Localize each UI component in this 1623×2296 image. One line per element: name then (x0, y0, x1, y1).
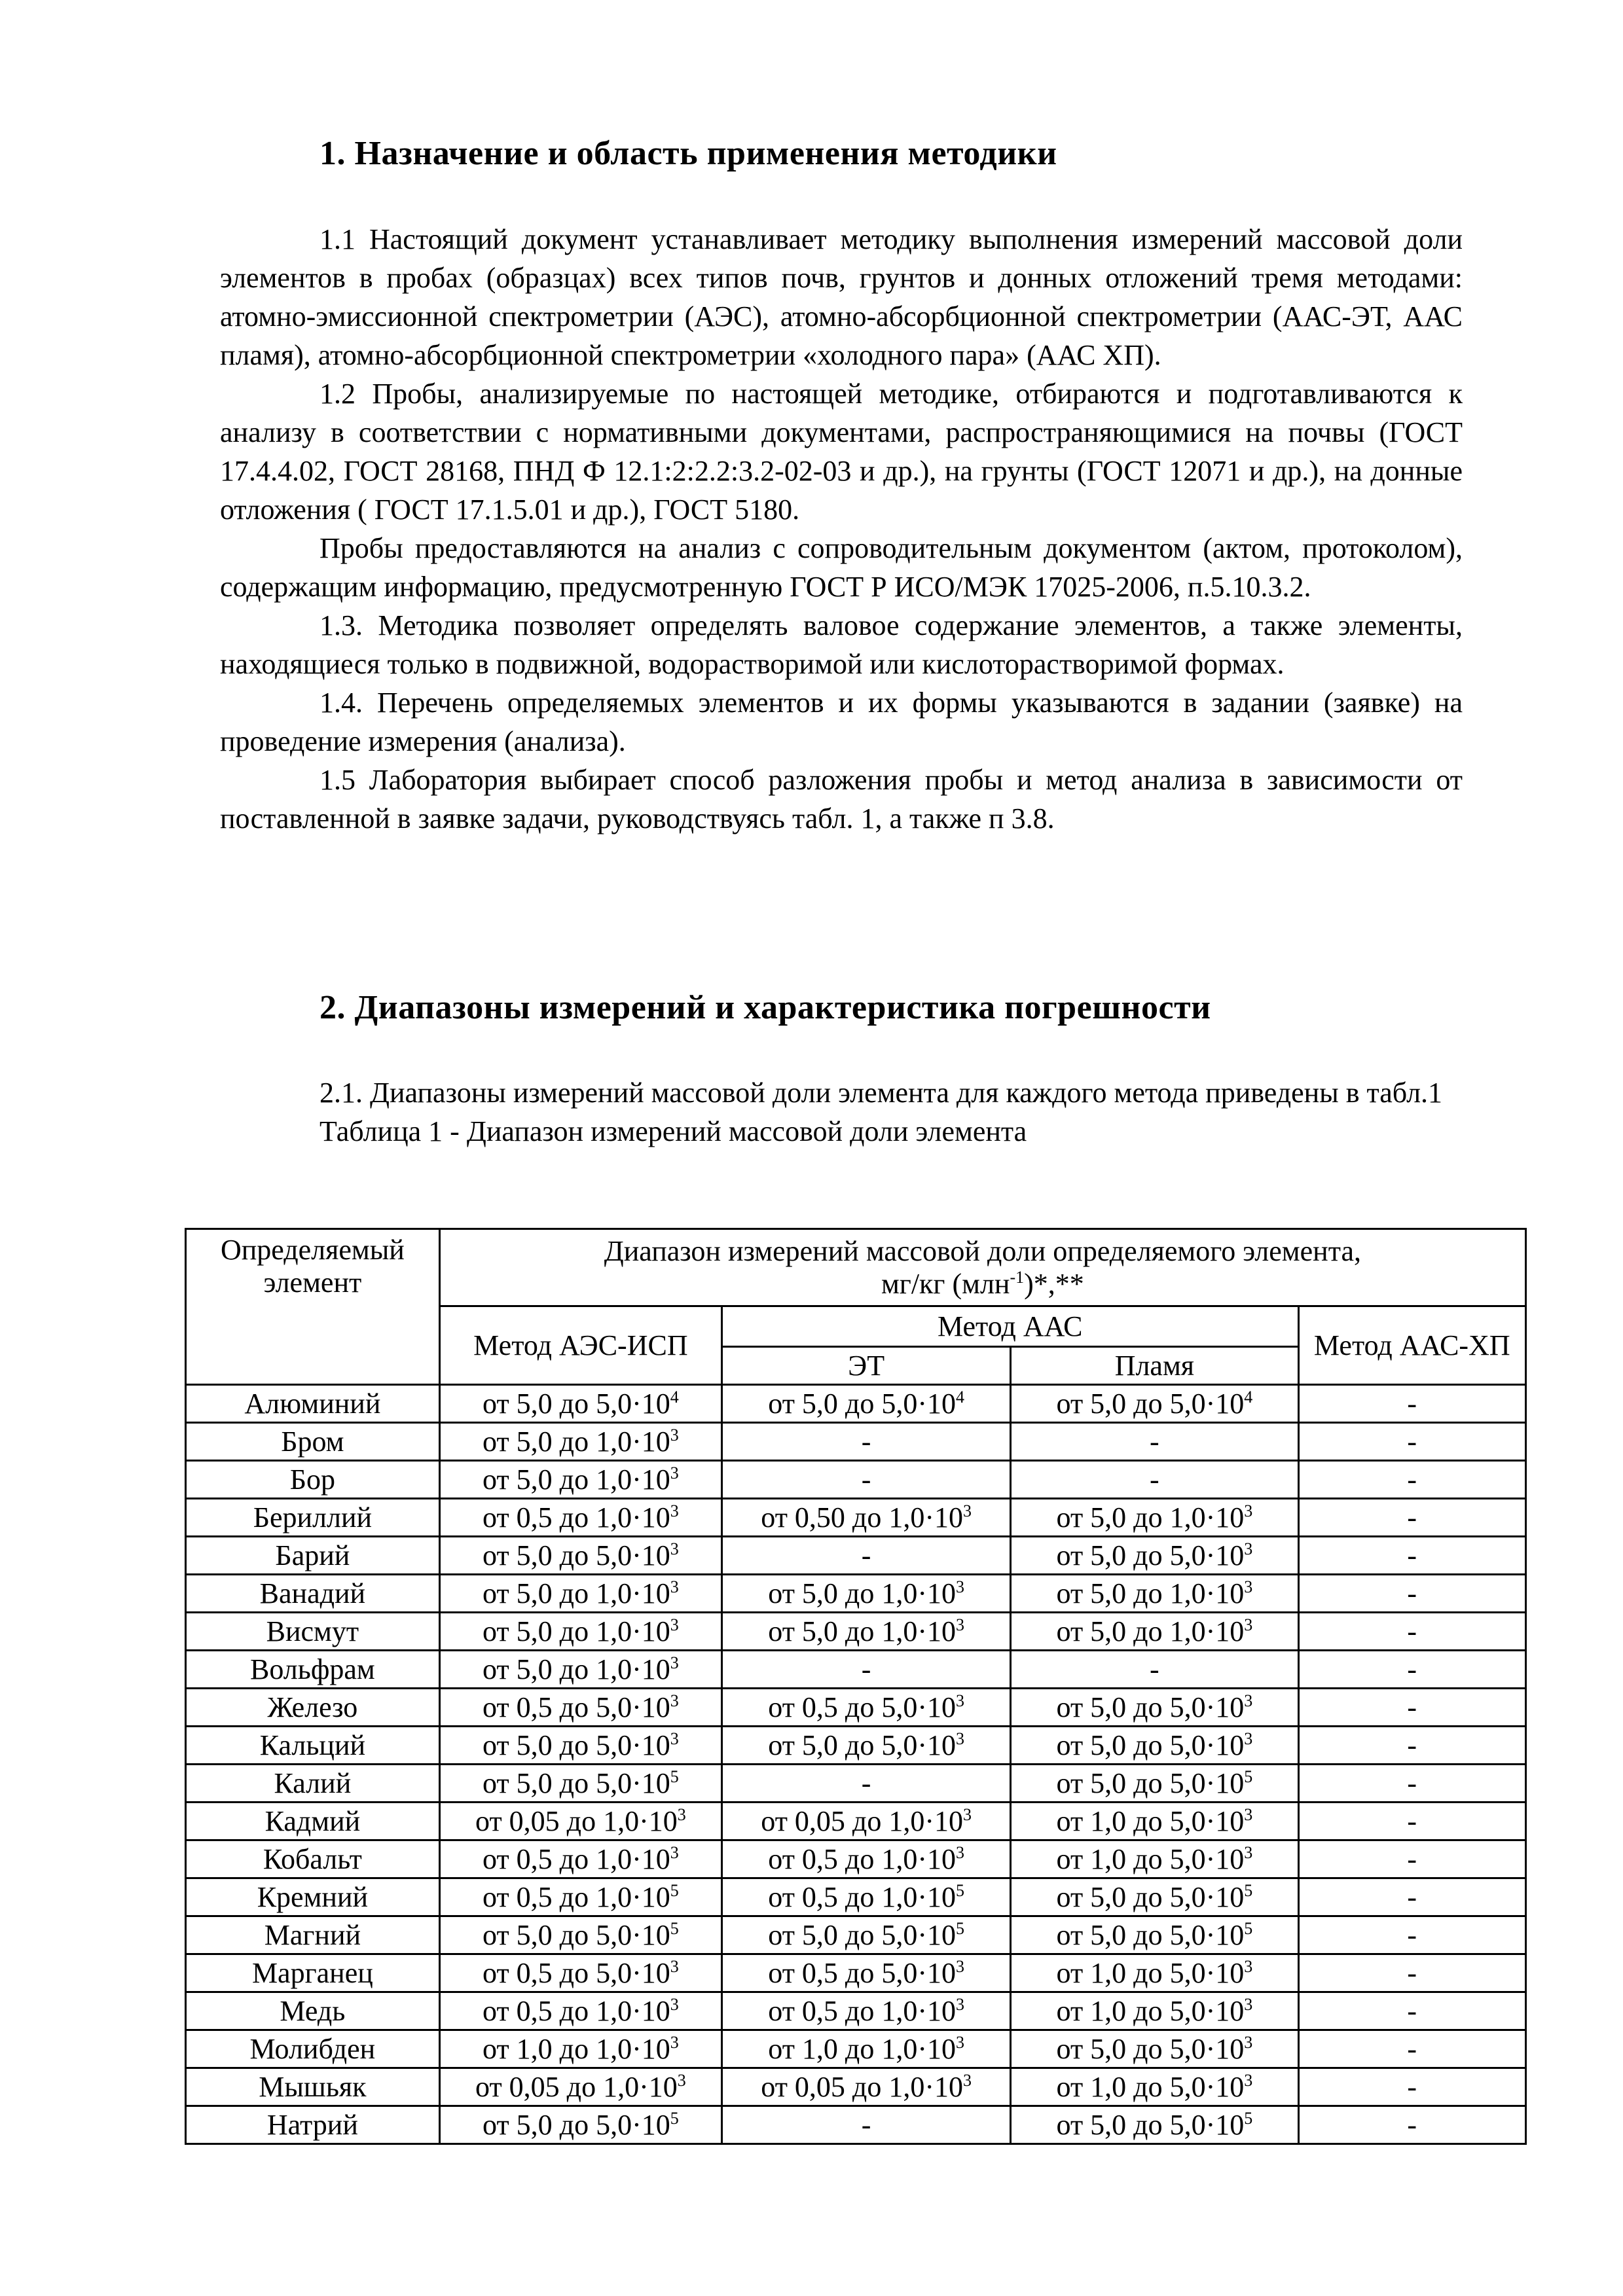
table-body: Алюминийот 5,0 до 5,0·104от 5,0 до 5,0·1… (186, 1385, 1526, 2144)
cell-element: Кобальт (186, 1840, 440, 1878)
cell-flame: от 5,0 до 5,0·105 (1011, 1916, 1298, 1954)
cell-element: Железо (186, 1689, 440, 1727)
cell-aes: от 0,5 до 5,0·103 (439, 1689, 721, 1727)
cell-flame: от 5,0 до 5,0·103 (1011, 1727, 1298, 1765)
table-row: Кадмийот 0,05 до 1,0·103от 0,05 до 1,0·1… (186, 1803, 1526, 1840)
cell-element: Кадмий (186, 1803, 440, 1840)
cell-et: - (722, 1651, 1011, 1689)
cell-flame: - (1011, 1423, 1298, 1461)
cell-et: от 0,5 до 1,0·103 (722, 1840, 1011, 1878)
cell-element: Медь (186, 1992, 440, 2030)
measurement-range-table: Определяемый элемент Диапазон измерений … (185, 1228, 1527, 2145)
table-row: Натрийот 5,0 до 5,0·105-от 5,0 до 5,0·10… (186, 2106, 1526, 2144)
cell-element: Марганец (186, 1954, 440, 1992)
header-range-title: Диапазон измерений массовой доли определ… (604, 1235, 1361, 1267)
cell-hp: - (1298, 1499, 1526, 1537)
cell-et: - (722, 1461, 1011, 1499)
cell-hp: - (1298, 2030, 1526, 2068)
cell-et: от 0,5 до 1,0·105 (722, 1878, 1011, 1916)
cell-et: - (722, 1765, 1011, 1803)
section-2-body: 2.1. Диапазоны измерений массовой доли э… (220, 1073, 1463, 1151)
table-row: Молибденот 1,0 до 1,0·103от 1,0 до 1,0·1… (186, 2030, 1526, 2068)
table-caption: Таблица 1 - Диапазон измерений массовой … (220, 1112, 1463, 1151)
cell-et: от 5,0 до 1,0·103 (722, 1613, 1011, 1651)
cell-hp: - (1298, 1651, 1526, 1689)
cell-et: от 0,5 до 5,0·103 (722, 1689, 1011, 1727)
paragraph-samples: Пробы предоставляются на анализ с сопров… (220, 529, 1463, 606)
cell-et: от 0,5 до 5,0·103 (722, 1954, 1011, 1992)
cell-element: Кальций (186, 1727, 440, 1765)
cell-aes: от 5,0 до 5,0·104 (439, 1385, 721, 1423)
table-row: Ванадийот 5,0 до 1,0·103от 5,0 до 1,0·10… (186, 1575, 1526, 1613)
cell-et: - (722, 1423, 1011, 1461)
cell-aes: от 5,0 до 5,0·105 (439, 2106, 721, 2144)
header-range: Диапазон измерений массовой доли определ… (439, 1229, 1525, 1306)
cell-hp: - (1298, 1689, 1526, 1727)
table-row: Бериллийот 0,5 до 1,0·103от 0,50 до 1,0·… (186, 1499, 1526, 1537)
cell-flame: от 5,0 до 1,0·103 (1011, 1575, 1298, 1613)
table-row: Вольфрамот 5,0 до 1,0·103--- (186, 1651, 1526, 1689)
cell-et: - (722, 1537, 1011, 1575)
cell-aes: от 0,5 до 1,0·105 (439, 1878, 721, 1916)
cell-hp: - (1298, 2106, 1526, 2144)
cell-hp: - (1298, 1537, 1526, 1575)
cell-aes: от 5,0 до 1,0·103 (439, 1651, 721, 1689)
cell-aes: от 5,0 до 5,0·105 (439, 1916, 721, 1954)
cell-flame: от 5,0 до 5,0·103 (1011, 1537, 1298, 1575)
table-row: Алюминийот 5,0 до 5,0·104от 5,0 до 5,0·1… (186, 1385, 1526, 1423)
section-1-body: 1.1 Настоящий документ устанавливает мет… (220, 220, 1463, 838)
cell-aes: от 5,0 до 1,0·103 (439, 1613, 721, 1651)
cell-flame: от 5,0 до 1,0·103 (1011, 1613, 1298, 1651)
table-row: Калийот 5,0 до 5,0·105-от 5,0 до 5,0·105… (186, 1765, 1526, 1803)
cell-aes: от 1,0 до 1,0·103 (439, 2030, 721, 2068)
cell-hp: - (1298, 1878, 1526, 1916)
cell-aes: от 0,05 до 1,0·103 (439, 1803, 721, 1840)
table-row: Марганецот 0,5 до 5,0·103от 0,5 до 5,0·1… (186, 1954, 1526, 1992)
cell-flame: от 5,0 до 5,0·105 (1011, 2106, 1298, 2144)
paragraph-1-4: 1.4. Перечень определяемых элементов и и… (220, 683, 1463, 761)
cell-et: от 0,05 до 1,0·103 (722, 2068, 1011, 2106)
paragraph-2-1: 2.1. Диапазоны измерений массовой доли э… (220, 1073, 1463, 1112)
cell-flame: от 5,0 до 5,0·103 (1011, 1689, 1298, 1727)
cell-hp: - (1298, 1840, 1526, 1878)
table-row: Бромот 5,0 до 1,0·103--- (186, 1423, 1526, 1461)
section-1-heading: 1. Назначение и область применения метод… (319, 134, 1057, 173)
table-row: Медьот 0,5 до 1,0·103от 0,5 до 1,0·103от… (186, 1992, 1526, 2030)
cell-aes: от 5,0 до 5,0·105 (439, 1765, 721, 1803)
cell-flame: от 1,0 до 5,0·103 (1011, 1803, 1298, 1840)
document-page: 1. Назначение и область применения метод… (0, 0, 1623, 2296)
cell-element: Молибден (186, 2030, 440, 2068)
table-row: Магнийот 5,0 до 5,0·105от 5,0 до 5,0·105… (186, 1916, 1526, 1954)
cell-element: Магний (186, 1916, 440, 1954)
table-row: Борот 5,0 до 1,0·103--- (186, 1461, 1526, 1499)
header-element: Определяемый элемент (186, 1229, 440, 1385)
cell-flame: от 5,0 до 5,0·105 (1011, 1765, 1298, 1803)
cell-et: от 1,0 до 1,0·103 (722, 2030, 1011, 2068)
table-row: Висмутот 5,0 до 1,0·103от 5,0 до 1,0·103… (186, 1613, 1526, 1651)
cell-hp: - (1298, 1423, 1526, 1461)
cell-hp: - (1298, 2068, 1526, 2106)
cell-aes: от 5,0 до 1,0·103 (439, 1461, 721, 1499)
cell-element: Барий (186, 1537, 440, 1575)
cell-et: от 5,0 до 5,0·105 (722, 1916, 1011, 1954)
header-aes: Метод АЭС-ИСП (439, 1306, 721, 1385)
cell-element: Калий (186, 1765, 440, 1803)
cell-hp: - (1298, 1803, 1526, 1840)
cell-hp: - (1298, 1765, 1526, 1803)
table-row: Кобальтот 0,5 до 1,0·103от 0,5 до 1,0·10… (186, 1840, 1526, 1878)
cell-flame: от 1,0 до 5,0·103 (1011, 1954, 1298, 1992)
cell-hp: - (1298, 1461, 1526, 1499)
cell-hp: - (1298, 1385, 1526, 1423)
table-row: Мышьякот 0,05 до 1,0·103от 0,05 до 1,0·1… (186, 2068, 1526, 2106)
cell-et: от 0,5 до 1,0·103 (722, 1992, 1011, 2030)
cell-aes: от 0,5 до 1,0·103 (439, 1992, 721, 2030)
cell-aes: от 5,0 до 1,0·103 (439, 1423, 721, 1461)
header-range-unit: мг/кг (млн-1)*,** (881, 1268, 1084, 1300)
table-row: Кремнийот 0,5 до 1,0·105от 0,5 до 1,0·10… (186, 1878, 1526, 1916)
cell-flame: - (1011, 1461, 1298, 1499)
cell-flame: от 5,0 до 1,0·103 (1011, 1499, 1298, 1537)
cell-aes: от 0,05 до 1,0·103 (439, 2068, 721, 2106)
cell-flame: от 1,0 до 5,0·103 (1011, 1840, 1298, 1878)
cell-et: от 5,0 до 5,0·103 (722, 1727, 1011, 1765)
header-et: ЭТ (722, 1347, 1011, 1385)
cell-element: Бор (186, 1461, 440, 1499)
cell-hp: - (1298, 1992, 1526, 2030)
cell-hp: - (1298, 1916, 1526, 1954)
table-row: Железоот 0,5 до 5,0·103от 0,5 до 5,0·103… (186, 1689, 1526, 1727)
cell-element: Бериллий (186, 1499, 440, 1537)
cell-hp: - (1298, 1954, 1526, 1992)
paragraph-1-2: 1.2 Пробы, анализируемые по настоящей ме… (220, 374, 1463, 529)
cell-aes: от 5,0 до 1,0·103 (439, 1575, 721, 1613)
cell-flame: - (1011, 1651, 1298, 1689)
cell-element: Натрий (186, 2106, 440, 2144)
cell-element: Алюминий (186, 1385, 440, 1423)
header-aas-hp: Метод ААС-ХП (1298, 1306, 1526, 1385)
paragraph-1-3: 1.3. Методика позволяет определять валов… (220, 606, 1463, 683)
paragraph-1-1: 1.1 Настоящий документ устанавливает мет… (220, 220, 1463, 374)
cell-element: Вольфрам (186, 1651, 440, 1689)
cell-hp: - (1298, 1613, 1526, 1651)
header-aas: Метод ААС (722, 1306, 1298, 1347)
cell-hp: - (1298, 1575, 1526, 1613)
cell-flame: от 1,0 до 5,0·103 (1011, 2068, 1298, 2106)
section-2-heading: 2. Диапазоны измерений и характеристика … (319, 988, 1211, 1027)
cell-et: от 5,0 до 5,0·104 (722, 1385, 1011, 1423)
cell-et: от 5,0 до 1,0·103 (722, 1575, 1011, 1613)
cell-element: Висмут (186, 1613, 440, 1651)
cell-et: - (722, 2106, 1011, 2144)
cell-aes: от 0,5 до 5,0·103 (439, 1954, 721, 1992)
cell-flame: от 1,0 до 5,0·103 (1011, 1992, 1298, 2030)
cell-flame: от 5,0 до 5,0·103 (1011, 2030, 1298, 2068)
cell-element: Бром (186, 1423, 440, 1461)
header-flame: Пламя (1011, 1347, 1298, 1385)
cell-aes: от 0,5 до 1,0·103 (439, 1499, 721, 1537)
cell-element: Кремний (186, 1878, 440, 1916)
paragraph-1-5: 1.5 Лаборатория выбирает способ разложен… (220, 761, 1463, 838)
cell-aes: от 5,0 до 5,0·103 (439, 1727, 721, 1765)
cell-aes: от 0,5 до 1,0·103 (439, 1840, 721, 1878)
table-row: Кальцийот 5,0 до 5,0·103от 5,0 до 5,0·10… (186, 1727, 1526, 1765)
cell-flame: от 5,0 до 5,0·105 (1011, 1878, 1298, 1916)
cell-element: Ванадий (186, 1575, 440, 1613)
cell-hp: - (1298, 1727, 1526, 1765)
cell-et: от 0,50 до 1,0·103 (722, 1499, 1011, 1537)
cell-element: Мышьяк (186, 2068, 440, 2106)
table-row: Барийот 5,0 до 5,0·103-от 5,0 до 5,0·103… (186, 1537, 1526, 1575)
cell-flame: от 5,0 до 5,0·104 (1011, 1385, 1298, 1423)
cell-aes: от 5,0 до 5,0·103 (439, 1537, 721, 1575)
cell-et: от 0,05 до 1,0·103 (722, 1803, 1011, 1840)
